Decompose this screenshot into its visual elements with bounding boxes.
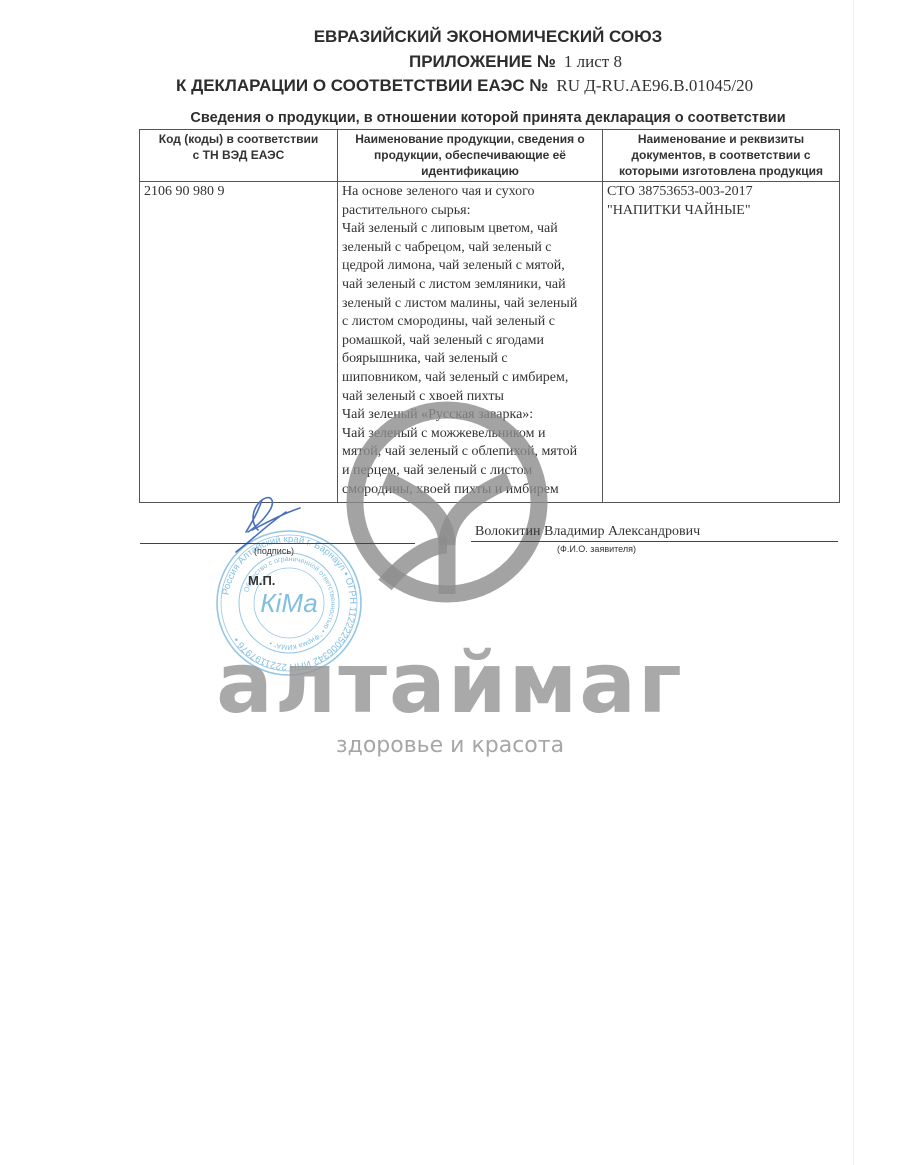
signature-line: [140, 543, 415, 544]
stamp-center-logo: КіМа: [260, 588, 318, 618]
seal-label: М.П.: [248, 573, 275, 588]
watermark-brand: алтаймаг: [0, 634, 900, 732]
graphics-layer: Россия Алтайский край г. Барнаул • ОГРН …: [0, 0, 900, 1165]
applicant-name-line: [471, 541, 838, 542]
watermark-tagline-text: здоровье и красота: [336, 733, 564, 758]
watermark-logo-icon: [355, 410, 539, 594]
signature-caption: (подпись): [254, 546, 294, 556]
watermark-tagline: здоровье и красота: [0, 733, 900, 758]
applicant-name: Волокитин Владимир Александрович: [475, 524, 700, 540]
watermark-brand-text: алтаймаг: [216, 634, 684, 732]
applicant-caption: (Ф.И.О. заявителя): [557, 544, 636, 554]
